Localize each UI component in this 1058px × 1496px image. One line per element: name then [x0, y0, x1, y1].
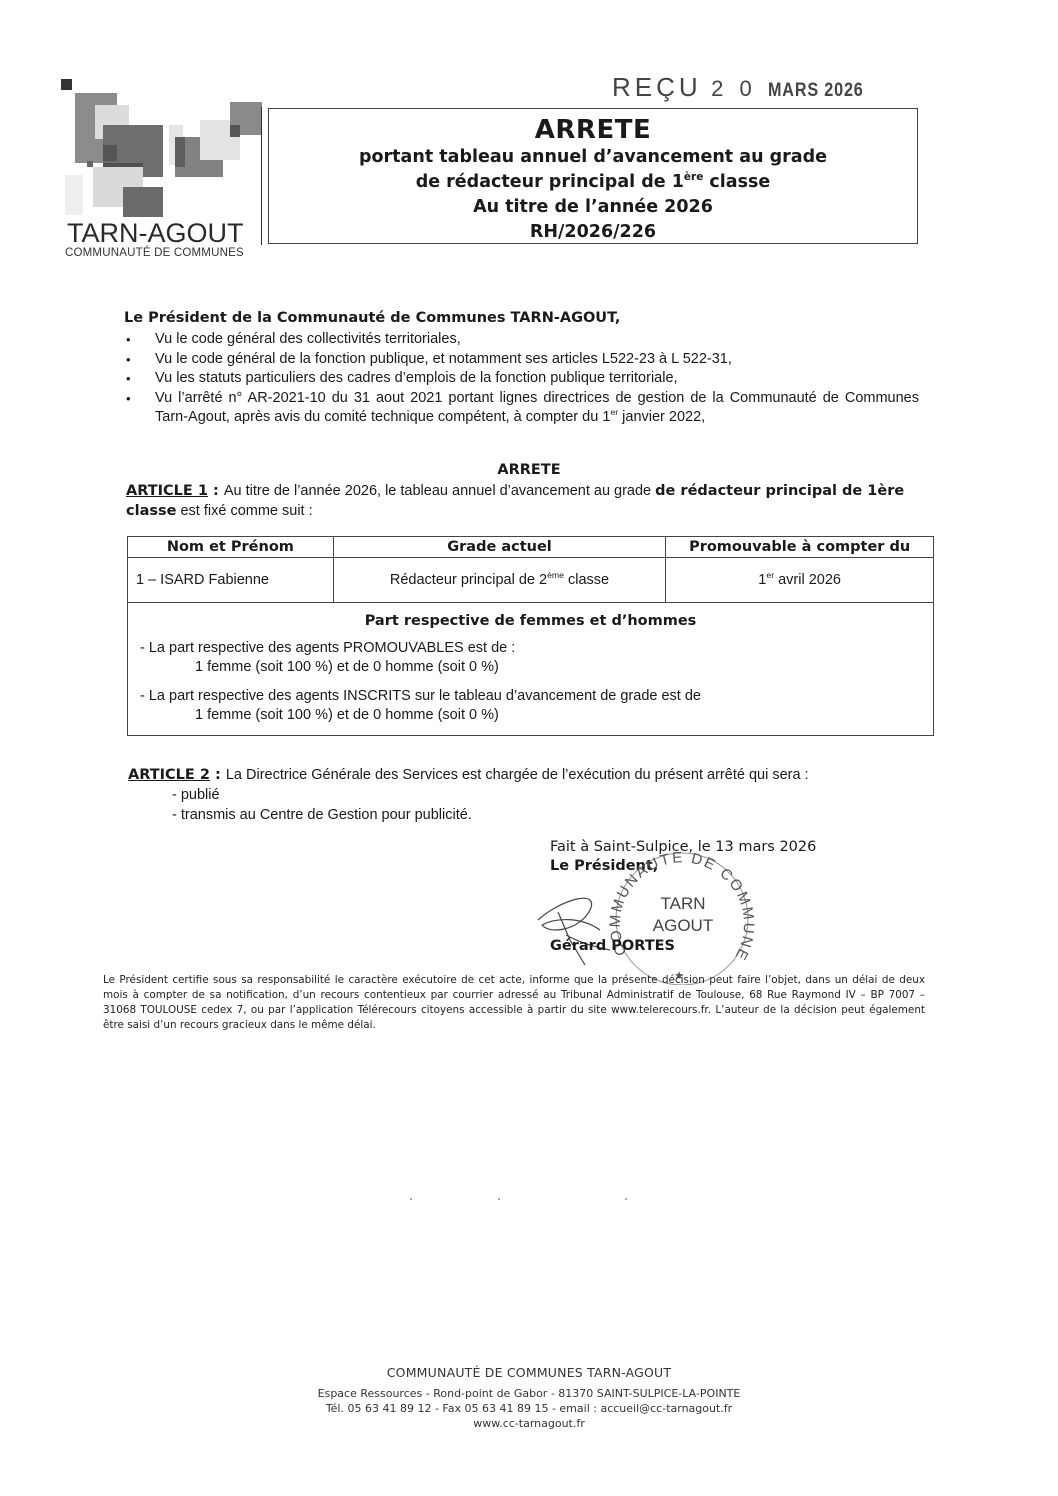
title-line-1: portant tableau annuel d’avancement au g… — [269, 145, 917, 170]
president-heading: Le Président de la Communauté de Commune… — [124, 310, 620, 326]
promotion-table: Nom et Prénom Grade actuel Promouvable à… — [127, 536, 934, 736]
parity-inscrits-values: 1 femme (soit 100 %) et de 0 homme (soit… — [140, 706, 921, 725]
parity-row: Part respective de femmes et d’hommes - … — [128, 603, 934, 736]
header-name: Nom et Prénom — [128, 537, 334, 558]
article-2: ARTICLE 2 : La Directrice Générale des S… — [128, 765, 809, 825]
parity-heading: Part respective de femmes et d’hommes — [140, 613, 921, 629]
footer-website[interactable]: www.cc-tarnagout.fr — [0, 1416, 1058, 1431]
scan-speck — [625, 1198, 627, 1200]
considerations-list: Vu le code général des collectivités ter… — [124, 330, 919, 428]
parity-promouvables: - La part respective des agents PROMOUVA… — [140, 639, 921, 658]
svg-text:TARN: TARN — [660, 894, 705, 913]
scan-speck — [498, 1198, 500, 1200]
footer-address: Espace Ressources - Rond-point de Gabor … — [0, 1386, 1058, 1401]
title-line-2: de rédacteur principal de 1ère classe — [269, 170, 917, 195]
cell-name: 1 – ISARD Fabienne — [128, 558, 334, 603]
document-reference: RH/2026/226 — [269, 220, 917, 245]
cell-grade: Rédacteur principal de 2ème classe — [333, 558, 666, 603]
stamp-month-year: MARS 2026 — [768, 80, 864, 102]
article-1-label: ARTICLE 1 — [126, 483, 208, 499]
logo-subtitle: COMMUNAUTÉ DE COMMUNES — [65, 247, 244, 259]
header-date: Promouvable à compter du — [666, 537, 934, 558]
logo-name: TARN-AGOUT — [67, 218, 244, 249]
tarn-agout-logo: TARN-AGOUT COMMUNAUTÉ DE COMMUNES — [55, 75, 270, 265]
handwritten-signature-icon — [530, 880, 650, 970]
article-2-item: - publié — [128, 785, 809, 805]
consideration-item: Vu l’arrêté n° AR-2021-10 du 31 aout 202… — [124, 389, 919, 428]
table-header-row: Nom et Prénom Grade actuel Promouvable à… — [128, 537, 934, 558]
consideration-item: Vu les statuts particuliers des cadres d… — [124, 369, 919, 389]
parity-promouvables-values: 1 femme (soit 100 %) et de 0 homme (soit… — [140, 658, 921, 677]
stamp-day: 2 0 — [711, 76, 757, 101]
footer-contact: Tél. 05 63 41 89 12 - Fax 05 63 41 89 15… — [0, 1401, 1058, 1416]
title-line-3: Au titre de l’année 2026 — [269, 195, 917, 220]
header-grade: Grade actuel — [333, 537, 666, 558]
legal-notice: Le Président certifie sous sa responsabi… — [103, 973, 925, 1033]
table-row: 1 – ISARD Fabienne Rédacteur principal d… — [128, 558, 934, 603]
consideration-item: Vu le code général des collectivités ter… — [124, 330, 919, 350]
footer-org: COMMUNAUTÉ DE COMMUNES TARN-AGOUT — [0, 1365, 1058, 1380]
svg-text:AGOUT: AGOUT — [653, 916, 713, 935]
logo-divider — [261, 107, 262, 245]
parity-cell: Part respective de femmes et d’hommes - … — [128, 603, 934, 736]
parity-inscrits: - La part respective des agents INSCRITS… — [140, 687, 921, 706]
stamp-received: REÇU — [612, 72, 702, 102]
cell-date: 1er avril 2026 — [666, 558, 934, 603]
consideration-item: Vu le code général de la fonction publiq… — [124, 350, 919, 370]
document-title: ARRETE — [269, 115, 917, 145]
reception-stamp: REÇU 2 0 MARS 2026 — [612, 72, 881, 103]
title-box: ARRETE portant tableau annuel d’avanceme… — [268, 108, 918, 244]
page-footer: COMMUNAUTÉ DE COMMUNES TARN-AGOUT Espace… — [0, 1365, 1058, 1431]
article-1: ARTICLE 1 : Au titre de l’année 2026, le… — [126, 482, 918, 521]
article-2-label: ARTICLE 2 — [128, 767, 210, 783]
article-2-item: - transmis au Centre de Gestion pour pub… — [128, 805, 809, 825]
scan-speck — [410, 1198, 412, 1200]
signatory-name: Gérard PORTES — [550, 938, 675, 954]
decision-heading: ARRETE — [0, 462, 1058, 478]
